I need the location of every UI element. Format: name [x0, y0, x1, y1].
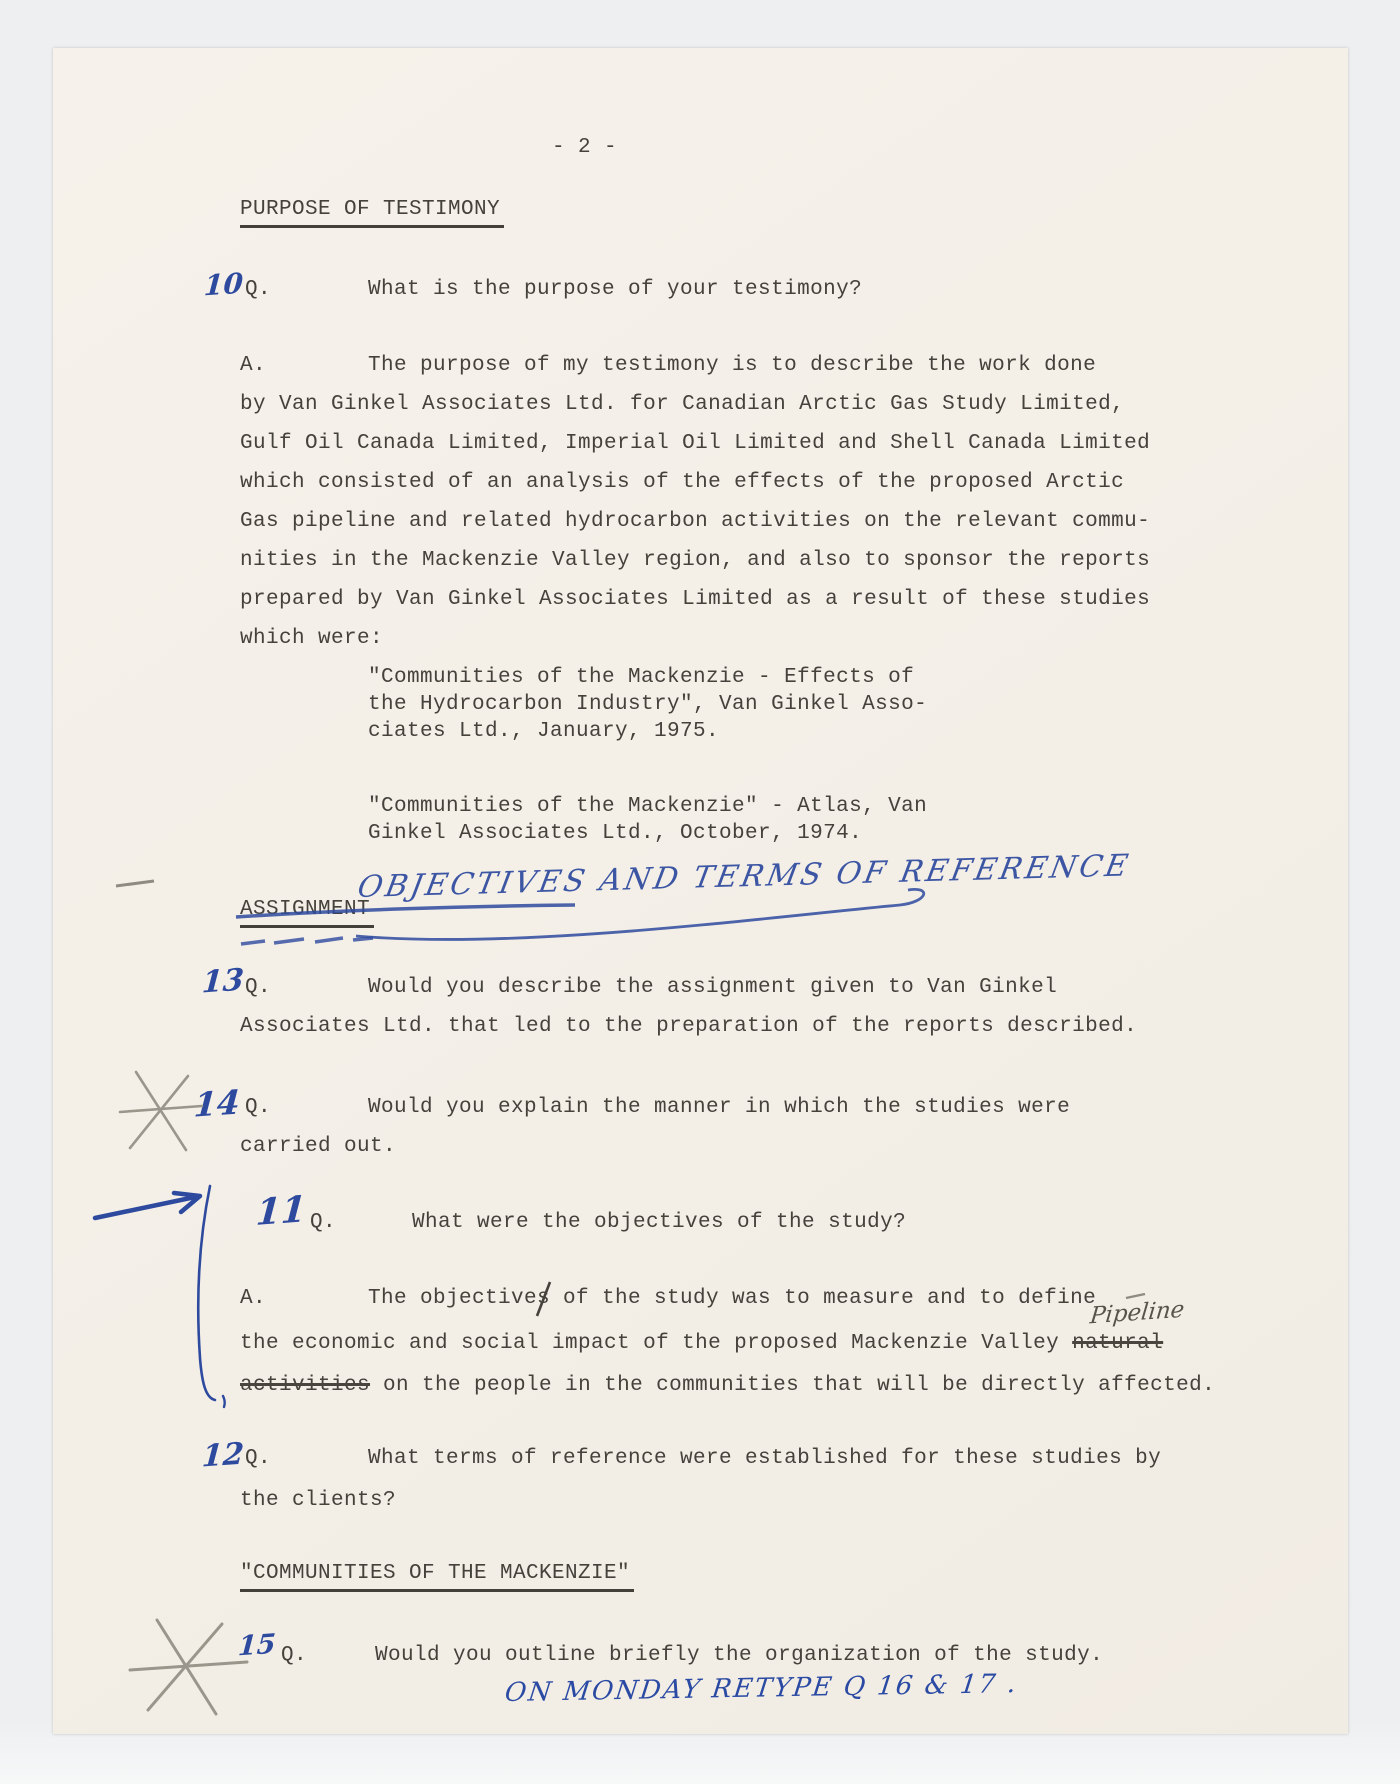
q14-text-line-1: Would you explain the manner in which th…: [368, 1096, 1070, 1120]
a11-struck-word-activities: activities: [240, 1374, 370, 1397]
q10-text: What is the purpose of your testimony?: [368, 278, 862, 302]
a10-line-7: prepared by Van Ginkel Associates Limite…: [240, 588, 1150, 612]
q11-text: What were the objectives of the study?: [412, 1211, 906, 1235]
a10-line-5: Gas pipeline and related hydrocarbon act…: [240, 510, 1150, 534]
citation1-line-3: ciates Ltd., January, 1975.: [368, 720, 719, 744]
q15-label: Q.: [281, 1644, 307, 1668]
a10-line-8: which were:: [240, 627, 383, 651]
a11-line-2: the economic and social impact of the pr…: [240, 1332, 1163, 1356]
section-heading-communities: "COMMUNITIES OF THE MACKENZIE": [240, 1562, 634, 1592]
a10-line-2: by Van Ginkel Associates Ltd. for Canadi…: [240, 393, 1124, 417]
q15-text: Would you outline briefly the organizati…: [375, 1644, 1103, 1668]
a11-line-2-text: the economic and social impact of the pr…: [240, 1332, 1072, 1355]
q12-text-line-2: the clients?: [240, 1489, 396, 1513]
q14-text-line-2: carried out.: [240, 1135, 396, 1159]
handwritten-question-number-10: 10: [203, 267, 244, 303]
a10-line-6: nities in the Mackenzie Valley region, a…: [240, 549, 1150, 573]
handwritten-question-number-13: 13: [201, 962, 245, 1000]
a11-label: A.: [240, 1287, 266, 1311]
handwritten-question-number-15: 15: [237, 1629, 277, 1663]
section-heading-purpose: PURPOSE OF TESTIMONY: [240, 198, 504, 228]
a11-struck-word-natural: natural: [1072, 1332, 1163, 1355]
section-heading-assignment-struck: ASSIGNMENT: [240, 898, 374, 928]
handwritten-question-number-11: 11: [255, 1188, 308, 1234]
q12-text-line-1: What terms of reference were established…: [368, 1447, 1161, 1471]
a11-line-3-text: on the people in the communities that wi…: [370, 1374, 1215, 1397]
q14-label: Q.: [245, 1096, 271, 1120]
q10-label: Q.: [245, 278, 271, 302]
scanned-document-page: { "page_number": "- 2 -", "heading_purpo…: [0, 0, 1400, 1784]
citation2-line-2: Ginkel Associates Ltd., October, 1974.: [368, 822, 862, 846]
q11-label: Q.: [310, 1211, 336, 1235]
handwritten-question-number-14: 14: [193, 1082, 242, 1124]
a10-line-4: which consisted of an analysis of the ef…: [240, 471, 1124, 495]
q13-label: Q.: [245, 976, 271, 1000]
q13-text-line-2: Associates Ltd. that led to the preparat…: [240, 1015, 1137, 1039]
handwritten-question-number-12: 12: [201, 1436, 245, 1474]
citation1-line-2: the Hydrocarbon Industry", Van Ginkel As…: [368, 693, 927, 717]
a11-line-3: activities on the people in the communit…: [240, 1374, 1215, 1398]
citation1-line-1: "Communities of the Mackenzie - Effects …: [368, 666, 914, 690]
a10-line-1: The purpose of my testimony is to descri…: [368, 354, 1096, 378]
page-number: - 2 -: [552, 136, 617, 160]
a10-line-3: Gulf Oil Canada Limited, Imperial Oil Li…: [240, 432, 1150, 456]
a11-line-1: The objectives of the study was to measu…: [368, 1287, 1096, 1311]
q13-text-line-1: Would you describe the assignment given …: [368, 976, 1057, 1000]
q12-label: Q.: [245, 1447, 271, 1471]
citation2-line-1: "Communities of the Mackenzie" - Atlas, …: [368, 795, 927, 819]
a10-label: A.: [240, 354, 266, 378]
